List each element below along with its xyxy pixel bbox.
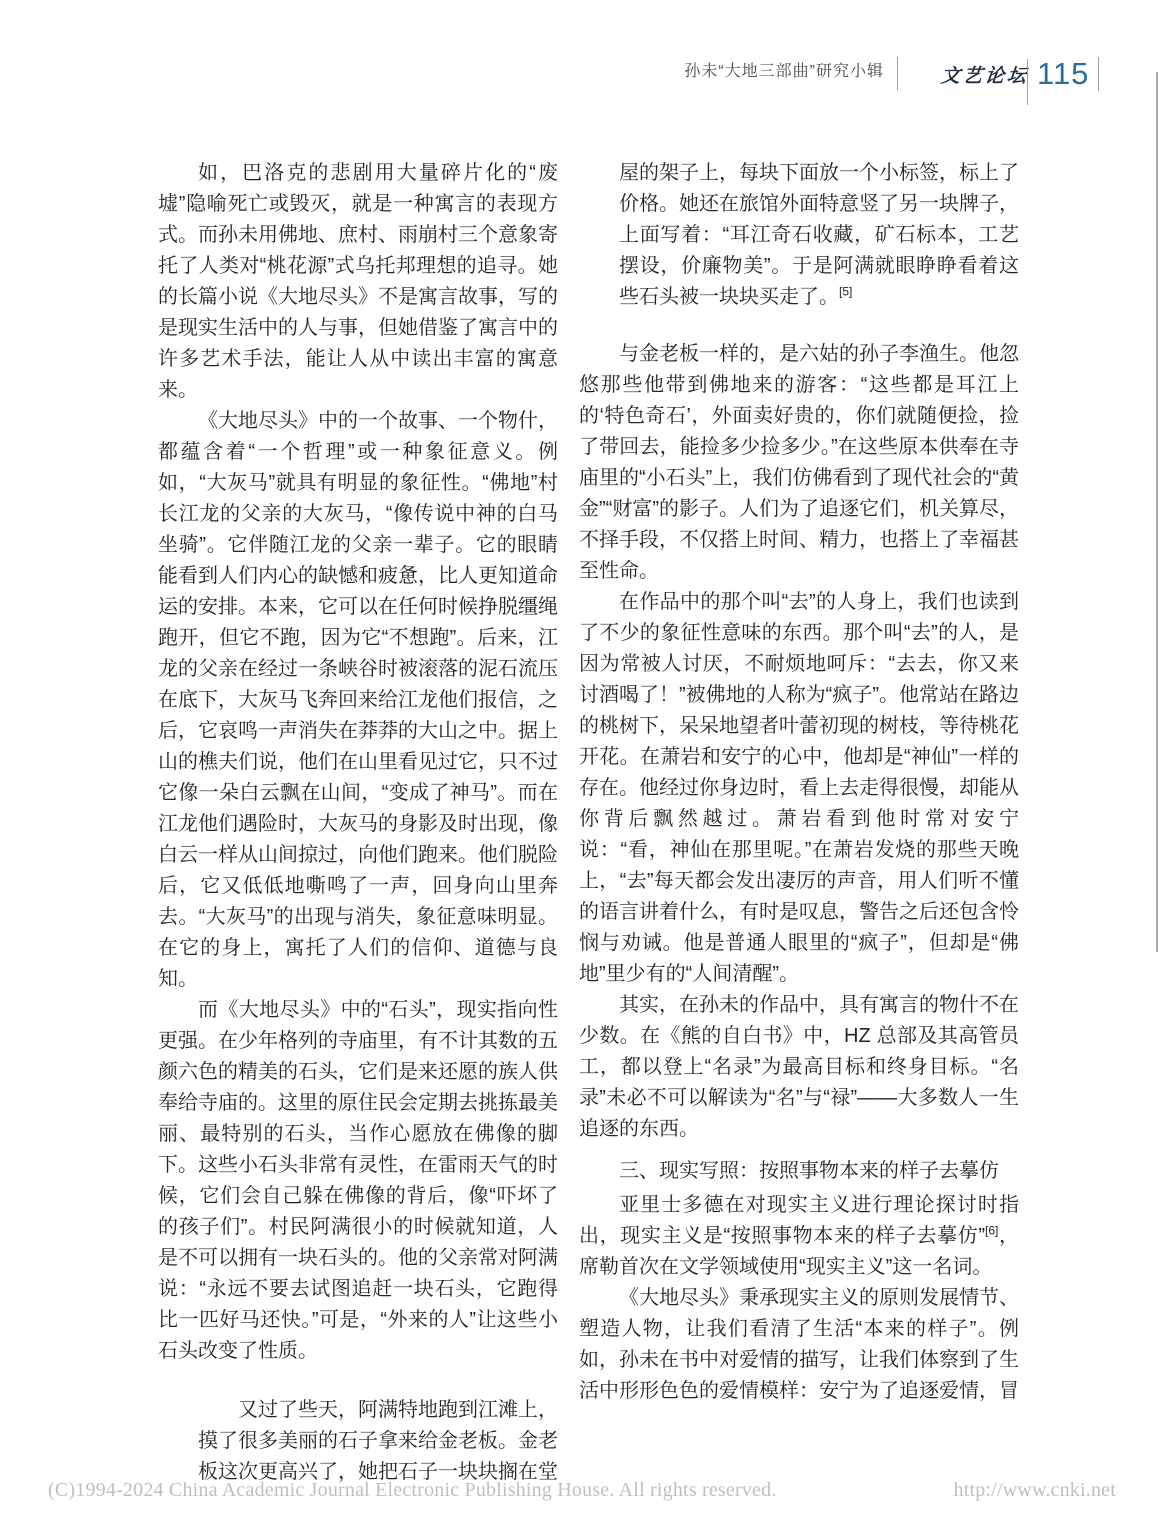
- copyright-notice: (C)1994-2024 China Academic Journal Elec…: [48, 1479, 777, 1502]
- header-divider: [1027, 59, 1028, 105]
- left-column: 如，巴洛克的悲剧用大量碎片化的“废墟”隐喻死亡或毁灭，就是一种寓言的表现方式。而…: [158, 158, 558, 1488]
- paragraph: 亚里士多德在对现实主义进行理论探讨时指出，现实主义是“按照事物本来的样子去摹仿”…: [579, 1190, 1019, 1283]
- quote-text: 又过了些天，阿满特地跑到江滩上，摸了很多美丽的石子拿来给金老板。金老板这次更高兴…: [198, 1395, 558, 1488]
- header-divider: [897, 57, 898, 90]
- paragraph: 《大地尽头》秉承现实主义的原则发展情节、塑造人物，让我们看清了生活“本来的样子”…: [579, 1283, 1019, 1407]
- page-footer: (C)1994-2024 China Academic Journal Elec…: [48, 1479, 1116, 1502]
- page-number: 115: [1037, 57, 1089, 90]
- right-column: 屋的架子上，每块下面放一个小标签，标上了价格。她还在旅馆外面特意竖了另一块牌子，…: [579, 158, 1019, 1407]
- journal-page: 孙未“大地三部曲”研究小辑 文艺论坛 115 如，巴洛克的悲剧用大量碎片化的“废…: [0, 0, 1160, 1534]
- footnote-ref-5: [5]: [839, 284, 852, 298]
- header-divider: [1098, 57, 1099, 91]
- paragraph: 而《大地尽头》中的“石头”，现实指向性更强。在少年格列的寺庙里，有不计其数的五颜…: [158, 995, 558, 1367]
- quote-text: 屋的架子上，每块下面放一个小标签，标上了价格。她还在旅馆外面特意竖了另一块牌子，…: [619, 158, 1019, 313]
- paragraph: 其实，在孙未的作品中，具有寓言的物什不在少数。在《熊的自白书》中，HZ 总部及其…: [579, 990, 1019, 1145]
- page-edge-scan-line: [1156, 72, 1158, 952]
- paragraph: 《大地尽头》中的一个故事、一个物什，都蕴含着“一个哲理”或一种象征意义。例如，“…: [158, 406, 558, 995]
- paragraph: 与金老板一样的，是六姑的孙子李渔生。他忽悠那些他带到佛地来的游客：“这些都是耳江…: [579, 339, 1019, 587]
- footnote-ref-6: [6]: [985, 1223, 998, 1237]
- journal-logo: 文艺论坛: [940, 66, 1030, 86]
- cnki-url: http://www.cnki.net: [954, 1479, 1116, 1502]
- block-quote-part2: 屋的架子上，每块下面放一个小标签，标上了价格。她还在旅馆外面特意竖了另一块牌子，…: [619, 158, 1019, 313]
- paragraph: 在作品中的那个叫“去”的人身上，我们也读到了不少的象征性意味的东西。那个叫“去”…: [579, 587, 1019, 990]
- block-quote-part1: 又过了些天，阿满特地跑到江滩上，摸了很多美丽的石子拿来给金老板。金老板这次更高兴…: [198, 1395, 558, 1488]
- paragraph: 如，巴洛克的悲剧用大量碎片化的“废墟”隐喻死亡或毁灭，就是一种寓言的表现方式。而…: [158, 158, 558, 406]
- quote-text-span: 屋的架子上，每块下面放一个小标签，标上了价格。她还在旅馆外面特意竖了另一块牌子，…: [619, 162, 1019, 308]
- running-head-title: 孙未“大地三部曲”研究小辑: [684, 63, 884, 81]
- paragraph-text-span: 亚里士多德在对现实主义进行理论探讨时指出，现实主义是“按照事物本来的样子去摹仿”: [579, 1194, 1019, 1247]
- section-heading: 三、现实写照：按照事物本来的样子去摹仿: [579, 1156, 1019, 1187]
